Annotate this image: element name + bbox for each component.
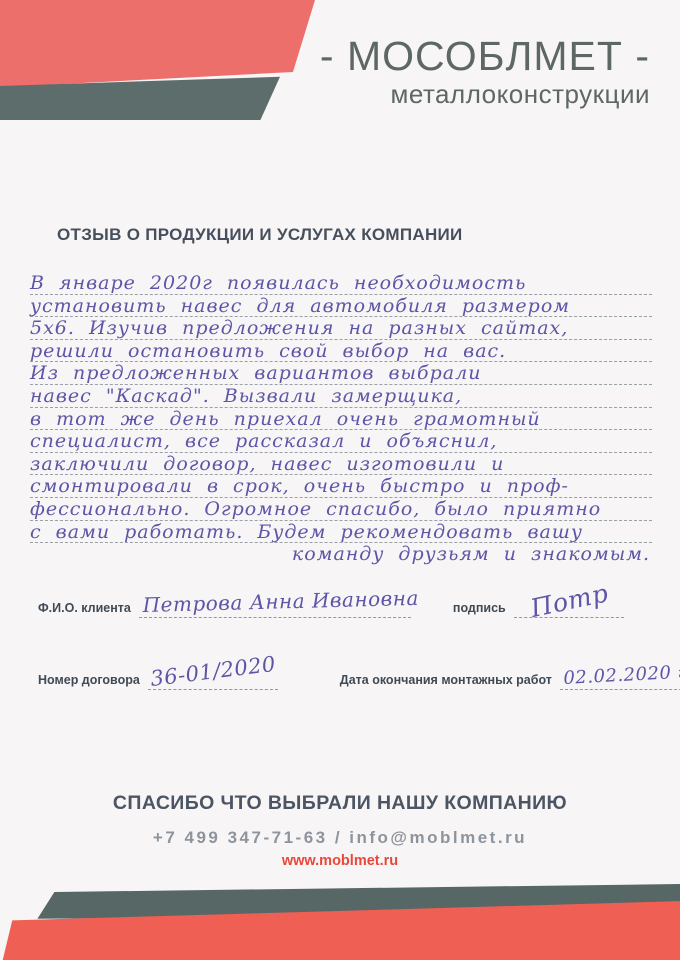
- review-line: с вами работать. Будем рекомендовать ваш…: [30, 521, 652, 544]
- thank-you-text: СПАСИБО ЧТО ВЫБРАЛИ НАШУ КОМПАНИЮ: [0, 792, 680, 815]
- signature-field: Потр: [514, 588, 624, 618]
- client-name-label: Ф.И.О. клиента: [38, 601, 131, 618]
- review-line: установить навес для автомобиля размером: [30, 295, 652, 318]
- website-text: www.moblmet.ru: [0, 853, 680, 869]
- contract-number-handwritten: 36-01/2020: [149, 652, 277, 691]
- phone-email-text: +7 499 347-71-63 / info@moblmet.ru: [0, 828, 680, 848]
- client-name-handwritten: Петрова Анна Ивановна: [142, 586, 419, 617]
- review-line: специалист, все рассказал и объяснил,: [30, 430, 652, 453]
- signature-scribble: Потр: [528, 578, 611, 623]
- completion-date-field: 02.02.2020 г: [560, 660, 680, 690]
- client-row: Ф.И.О. клиента Петрова Анна Ивановна под…: [38, 588, 653, 618]
- review-line: команду друзьям и знакомым.: [30, 543, 652, 566]
- document-title: ОТЗЫВ О ПРОДУКЦИИ И УСЛУГАХ КОМПАНИИ: [57, 225, 463, 245]
- review-line: навес "Каскад". Вызвали замерщика,: [30, 385, 652, 408]
- footer: СПАСИБО ЧТО ВЫБРАЛИ НАШУ КОМПАНИЮ +7 499…: [0, 792, 680, 869]
- review-line: смонтировали в срок, очень быстро и проф…: [30, 475, 652, 498]
- review-line: фессионально. Огромное спасибо, было при…: [30, 498, 652, 521]
- company-logo: - МОСОБЛМЕТ - металлоконструкции: [320, 36, 650, 110]
- review-line: Из предложенных вариантов выбрали: [30, 362, 652, 385]
- review-line: заключили договор, навес изготовили и: [30, 453, 652, 476]
- review-line: 5х6. Изучив предложения на разных сайтах…: [30, 317, 652, 340]
- contract-row: Номер договора 36-01/2020 Дата окончания…: [38, 660, 653, 690]
- top-left-red-ribbon: [0, 0, 315, 90]
- contract-number-label: Номер договора: [38, 673, 140, 690]
- completion-date-label: Дата окончания монтажных работ: [340, 673, 552, 690]
- signature-label: подпись: [453, 601, 506, 618]
- contract-number-field: 36-01/2020: [148, 660, 278, 690]
- review-line: в тот же день приехал очень грамотный: [30, 408, 652, 431]
- company-name: - МОСОБЛМЕТ -: [320, 36, 650, 77]
- completion-date-handwritten: 02.02.2020 г: [563, 662, 680, 689]
- client-name-field: Петрова Анна Ивановна: [139, 588, 411, 618]
- handwritten-review: В январе 2020г появилась необходимость у…: [30, 272, 652, 566]
- review-line: решили остановить свой выбор на вас.: [30, 340, 652, 363]
- scanned-review-document: - МОСОБЛМЕТ - металлоконструкции ОТЗЫВ О…: [0, 0, 680, 960]
- company-tagline: металлоконструкции: [320, 79, 650, 110]
- review-line: В январе 2020г появилась необходимость: [30, 272, 652, 295]
